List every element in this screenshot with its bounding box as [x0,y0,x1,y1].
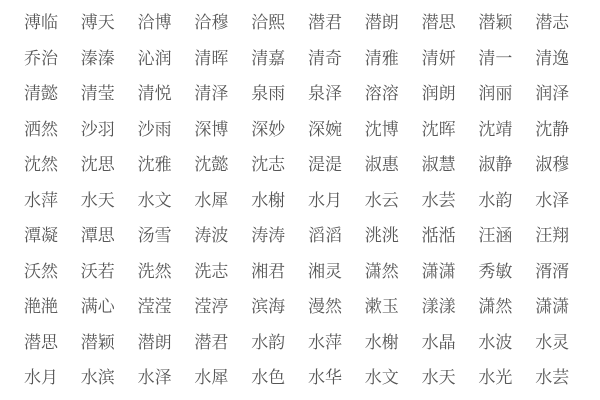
name-link[interactable]: 湉湉 [422,219,456,255]
name-link[interactable]: 泉泽 [308,77,342,113]
name-link[interactable]: 乔治 [24,42,58,78]
name-link[interactable]: 秀敏 [478,255,512,291]
name-link[interactable]: 汪翔 [535,219,569,255]
name-link[interactable]: 沃然 [24,255,58,291]
name-link[interactable]: 水云 [365,184,399,220]
name-link[interactable]: 沁润 [138,42,172,78]
name-link[interactable]: 清雅 [365,42,399,78]
name-link[interactable]: 洽熙 [251,6,285,42]
name-link[interactable]: 清泽 [194,77,228,113]
name-link[interactable]: 溱溱 [81,42,115,78]
name-link[interactable]: 淑慧 [422,148,456,184]
name-link[interactable]: 沙雨 [138,113,172,149]
name-link[interactable]: 深妙 [251,113,285,149]
name-link[interactable]: 溶溶 [365,77,399,113]
name-link[interactable]: 潜朗 [365,6,399,42]
name-link[interactable]: 潭凝 [24,219,58,255]
name-link[interactable]: 泉雨 [251,77,285,113]
name-link[interactable]: 水萍 [308,326,342,362]
name-link[interactable]: 潜颖 [478,6,512,42]
name-link[interactable]: 水月 [24,361,58,397]
name-link[interactable]: 清懿 [24,77,58,113]
name-link[interactable]: 沈懿 [194,148,228,184]
name-link[interactable]: 潇然 [478,290,512,326]
name-link[interactable]: 水芸 [422,184,456,220]
name-link[interactable]: 水月 [308,184,342,220]
name-grid: 溥临溥天洽博洽穆洽熙潜君潜朗潜思潜颖潜志乔治溱溱沁润清晖清嘉清奇清雅清妍清一清逸… [0,0,600,397]
name-link[interactable]: 滨海 [251,290,285,326]
name-link[interactable]: 洽穆 [194,6,228,42]
name-link[interactable]: 清晖 [194,42,228,78]
name-link[interactable]: 沈晖 [422,113,456,149]
name-link[interactable]: 水芸 [535,361,569,397]
name-link[interactable]: 潇潇 [422,255,456,291]
name-link[interactable]: 水灵 [535,326,569,362]
name-link[interactable]: 水天 [422,361,456,397]
name-link[interactable]: 湜湜 [308,148,342,184]
name-link[interactable]: 沈然 [24,148,58,184]
name-link[interactable]: 水华 [308,361,342,397]
name-link[interactable]: 潜朗 [138,326,172,362]
name-link[interactable]: 水榭 [365,326,399,362]
name-link[interactable]: 水榭 [251,184,285,220]
name-link[interactable]: 洮洮 [365,219,399,255]
name-link[interactable]: 洗志 [194,255,228,291]
name-link[interactable]: 水韵 [478,184,512,220]
name-link[interactable]: 湘灵 [308,255,342,291]
name-link[interactable]: 清一 [478,42,512,78]
name-link[interactable]: 淑惠 [365,148,399,184]
name-link[interactable]: 洒然 [24,113,58,149]
name-link[interactable]: 清奇 [308,42,342,78]
name-link[interactable]: 水犀 [194,184,228,220]
name-link[interactable]: 水萍 [24,184,58,220]
name-link[interactable]: 深婉 [308,113,342,149]
name-link[interactable]: 水文 [365,361,399,397]
name-link[interactable]: 潇然 [365,255,399,291]
name-link[interactable]: 清逸 [535,42,569,78]
name-link[interactable]: 湘君 [251,255,285,291]
name-link[interactable]: 滢渟 [194,290,228,326]
name-link[interactable]: 沈志 [251,148,285,184]
name-link[interactable]: 水晶 [422,326,456,362]
name-link[interactable]: 潜志 [535,6,569,42]
name-link[interactable]: 洗然 [138,255,172,291]
name-link[interactable]: 潜颖 [81,326,115,362]
name-link[interactable]: 润丽 [478,77,512,113]
name-link[interactable]: 润泽 [535,77,569,113]
name-link[interactable]: 清妍 [422,42,456,78]
name-link[interactable]: 潜思 [422,6,456,42]
name-link[interactable]: 水滨 [81,361,115,397]
name-link[interactable]: 滟滟 [24,290,58,326]
name-link[interactable]: 水泽 [138,361,172,397]
name-link[interactable]: 潇潇 [535,290,569,326]
name-link[interactable]: 潜思 [24,326,58,362]
name-link[interactable]: 沈思 [81,148,115,184]
name-link[interactable]: 潭思 [81,219,115,255]
name-link[interactable]: 涛波 [194,219,228,255]
name-link[interactable]: 漱玉 [365,290,399,326]
name-link[interactable]: 水色 [251,361,285,397]
name-link[interactable]: 清悦 [138,77,172,113]
name-link[interactable]: 沈静 [535,113,569,149]
name-link[interactable]: 漫然 [308,290,342,326]
name-link[interactable]: 潜君 [308,6,342,42]
name-link[interactable]: 水文 [138,184,172,220]
name-link[interactable]: 沈雅 [138,148,172,184]
name-link[interactable]: 淑穆 [535,148,569,184]
name-link[interactable]: 溥临 [24,6,58,42]
name-link[interactable]: 溥天 [81,6,115,42]
name-link[interactable]: 滔滔 [308,219,342,255]
name-link[interactable]: 沃若 [81,255,115,291]
name-link[interactable]: 沈靖 [478,113,512,149]
name-link[interactable]: 涛涛 [251,219,285,255]
name-link[interactable]: 水韵 [251,326,285,362]
name-link[interactable]: 淑静 [478,148,512,184]
name-link[interactable]: 深博 [194,113,228,149]
name-link[interactable]: 潜君 [194,326,228,362]
name-link[interactable]: 汪涵 [478,219,512,255]
name-link[interactable]: 水光 [478,361,512,397]
name-link[interactable]: 润朗 [422,77,456,113]
name-link[interactable]: 湑湑 [535,255,569,291]
name-link[interactable]: 水波 [478,326,512,362]
name-link[interactable]: 滢滢 [138,290,172,326]
name-link[interactable]: 水泽 [535,184,569,220]
name-link[interactable]: 满心 [81,290,115,326]
name-link[interactable]: 漾漾 [422,290,456,326]
name-link[interactable]: 水犀 [194,361,228,397]
name-link[interactable]: 洽博 [138,6,172,42]
name-link[interactable]: 沈博 [365,113,399,149]
name-link[interactable]: 沙羽 [81,113,115,149]
name-link[interactable]: 汤雪 [138,219,172,255]
name-link[interactable]: 水天 [81,184,115,220]
name-link[interactable]: 清莹 [81,77,115,113]
name-link[interactable]: 清嘉 [251,42,285,78]
